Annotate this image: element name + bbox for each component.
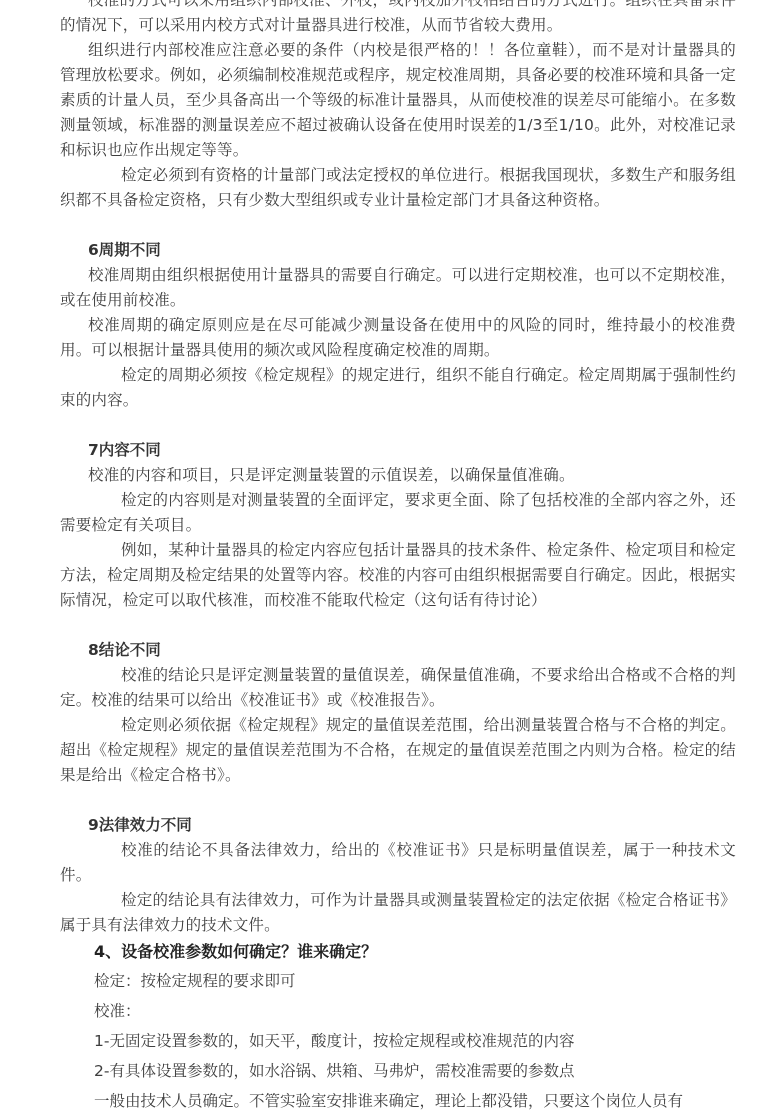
question-heading: 4、设备校准参数如何确定？谁来确定？ <box>60 938 736 966</box>
paragraph: 校准的方式可以采用组织内部校准、外校，或内校加外校相结合的方式进行。组织在具备条… <box>60 0 736 38</box>
paragraph: 检定的内容则是对测量装置的全面评定，要求更全面、除了包括校准的全部内容之外，还需… <box>60 488 736 538</box>
paragraph: 校准的内容和项目，只是评定测量装置的示值误差，以确保量值准确。 <box>60 463 736 488</box>
paragraph: 组织进行内部校准应注意必要的条件（内校是很严格的！！各位童鞋），而不是对计量器具… <box>60 38 736 163</box>
answer-line: 1-无固定设置参数的，如天平，酸度计，按检定规程或校准规范的内容 <box>60 1026 736 1056</box>
section-heading-content: 7内容不同 <box>60 438 736 463</box>
paragraph: 检定必须到有资格的计量部门或法定授权的单位进行。根据我国现状，多数生产和服务组织… <box>60 163 736 213</box>
article-body: 校准的方式可以采用组织内部校准、外校，或内校加外校相结合的方式进行。组织在具备条… <box>60 0 736 1111</box>
paragraph: 检定的结论具有法律效力，可作为计量器具或测量装置检定的法定依据《检定合格证书》属… <box>60 888 736 938</box>
section-heading-legal-effect: 9法律效力不同 <box>60 813 736 838</box>
paragraph: 检定的周期必须按《检定规程》的规定进行，组织不能自行确定。检定周期属于强制性约束… <box>60 363 736 413</box>
section-heading-period: 6周期不同 <box>60 238 736 263</box>
paragraph: 校准的结论只是评定测量装置的量值误差，确保量值准确，不要求给出合格或不合格的判定… <box>60 663 736 713</box>
paragraph: 校准的结论不具备法律效力，给出的《校准证书》只是标明量值误差，属于一种技术文件。 <box>60 838 736 888</box>
answer-line: 校准： <box>60 996 736 1026</box>
answer-line: 2-有具体设置参数的，如水浴锅、烘箱、马弗炉，需校准需要的参数点 <box>60 1056 736 1086</box>
paragraph: 校准周期的确定原则应是在尽可能减少测量设备在使用中的风险的同时，维持最小的校准费… <box>60 313 736 363</box>
paragraph: 检定则必须依据《检定规程》规定的量值误差范围，给出测量装置合格与不合格的判定。超… <box>60 713 736 788</box>
section-heading-conclusion: 8结论不同 <box>60 638 736 663</box>
answer-line: 一般由技术人员确定。不管实验室安排谁来确定，理论上都没错，只要这个岗位人员有 <box>60 1086 736 1111</box>
answer-line: 检定：按检定规程的要求即可 <box>60 966 736 996</box>
paragraph: 例如，某种计量器具的检定内容应包括计量器具的技术条件、检定条件、检定项目和检定方… <box>60 538 736 613</box>
paragraph: 校准周期由组织根据使用计量器具的需要自行确定。可以进行定期校准，也可以不定期校准… <box>60 263 736 313</box>
